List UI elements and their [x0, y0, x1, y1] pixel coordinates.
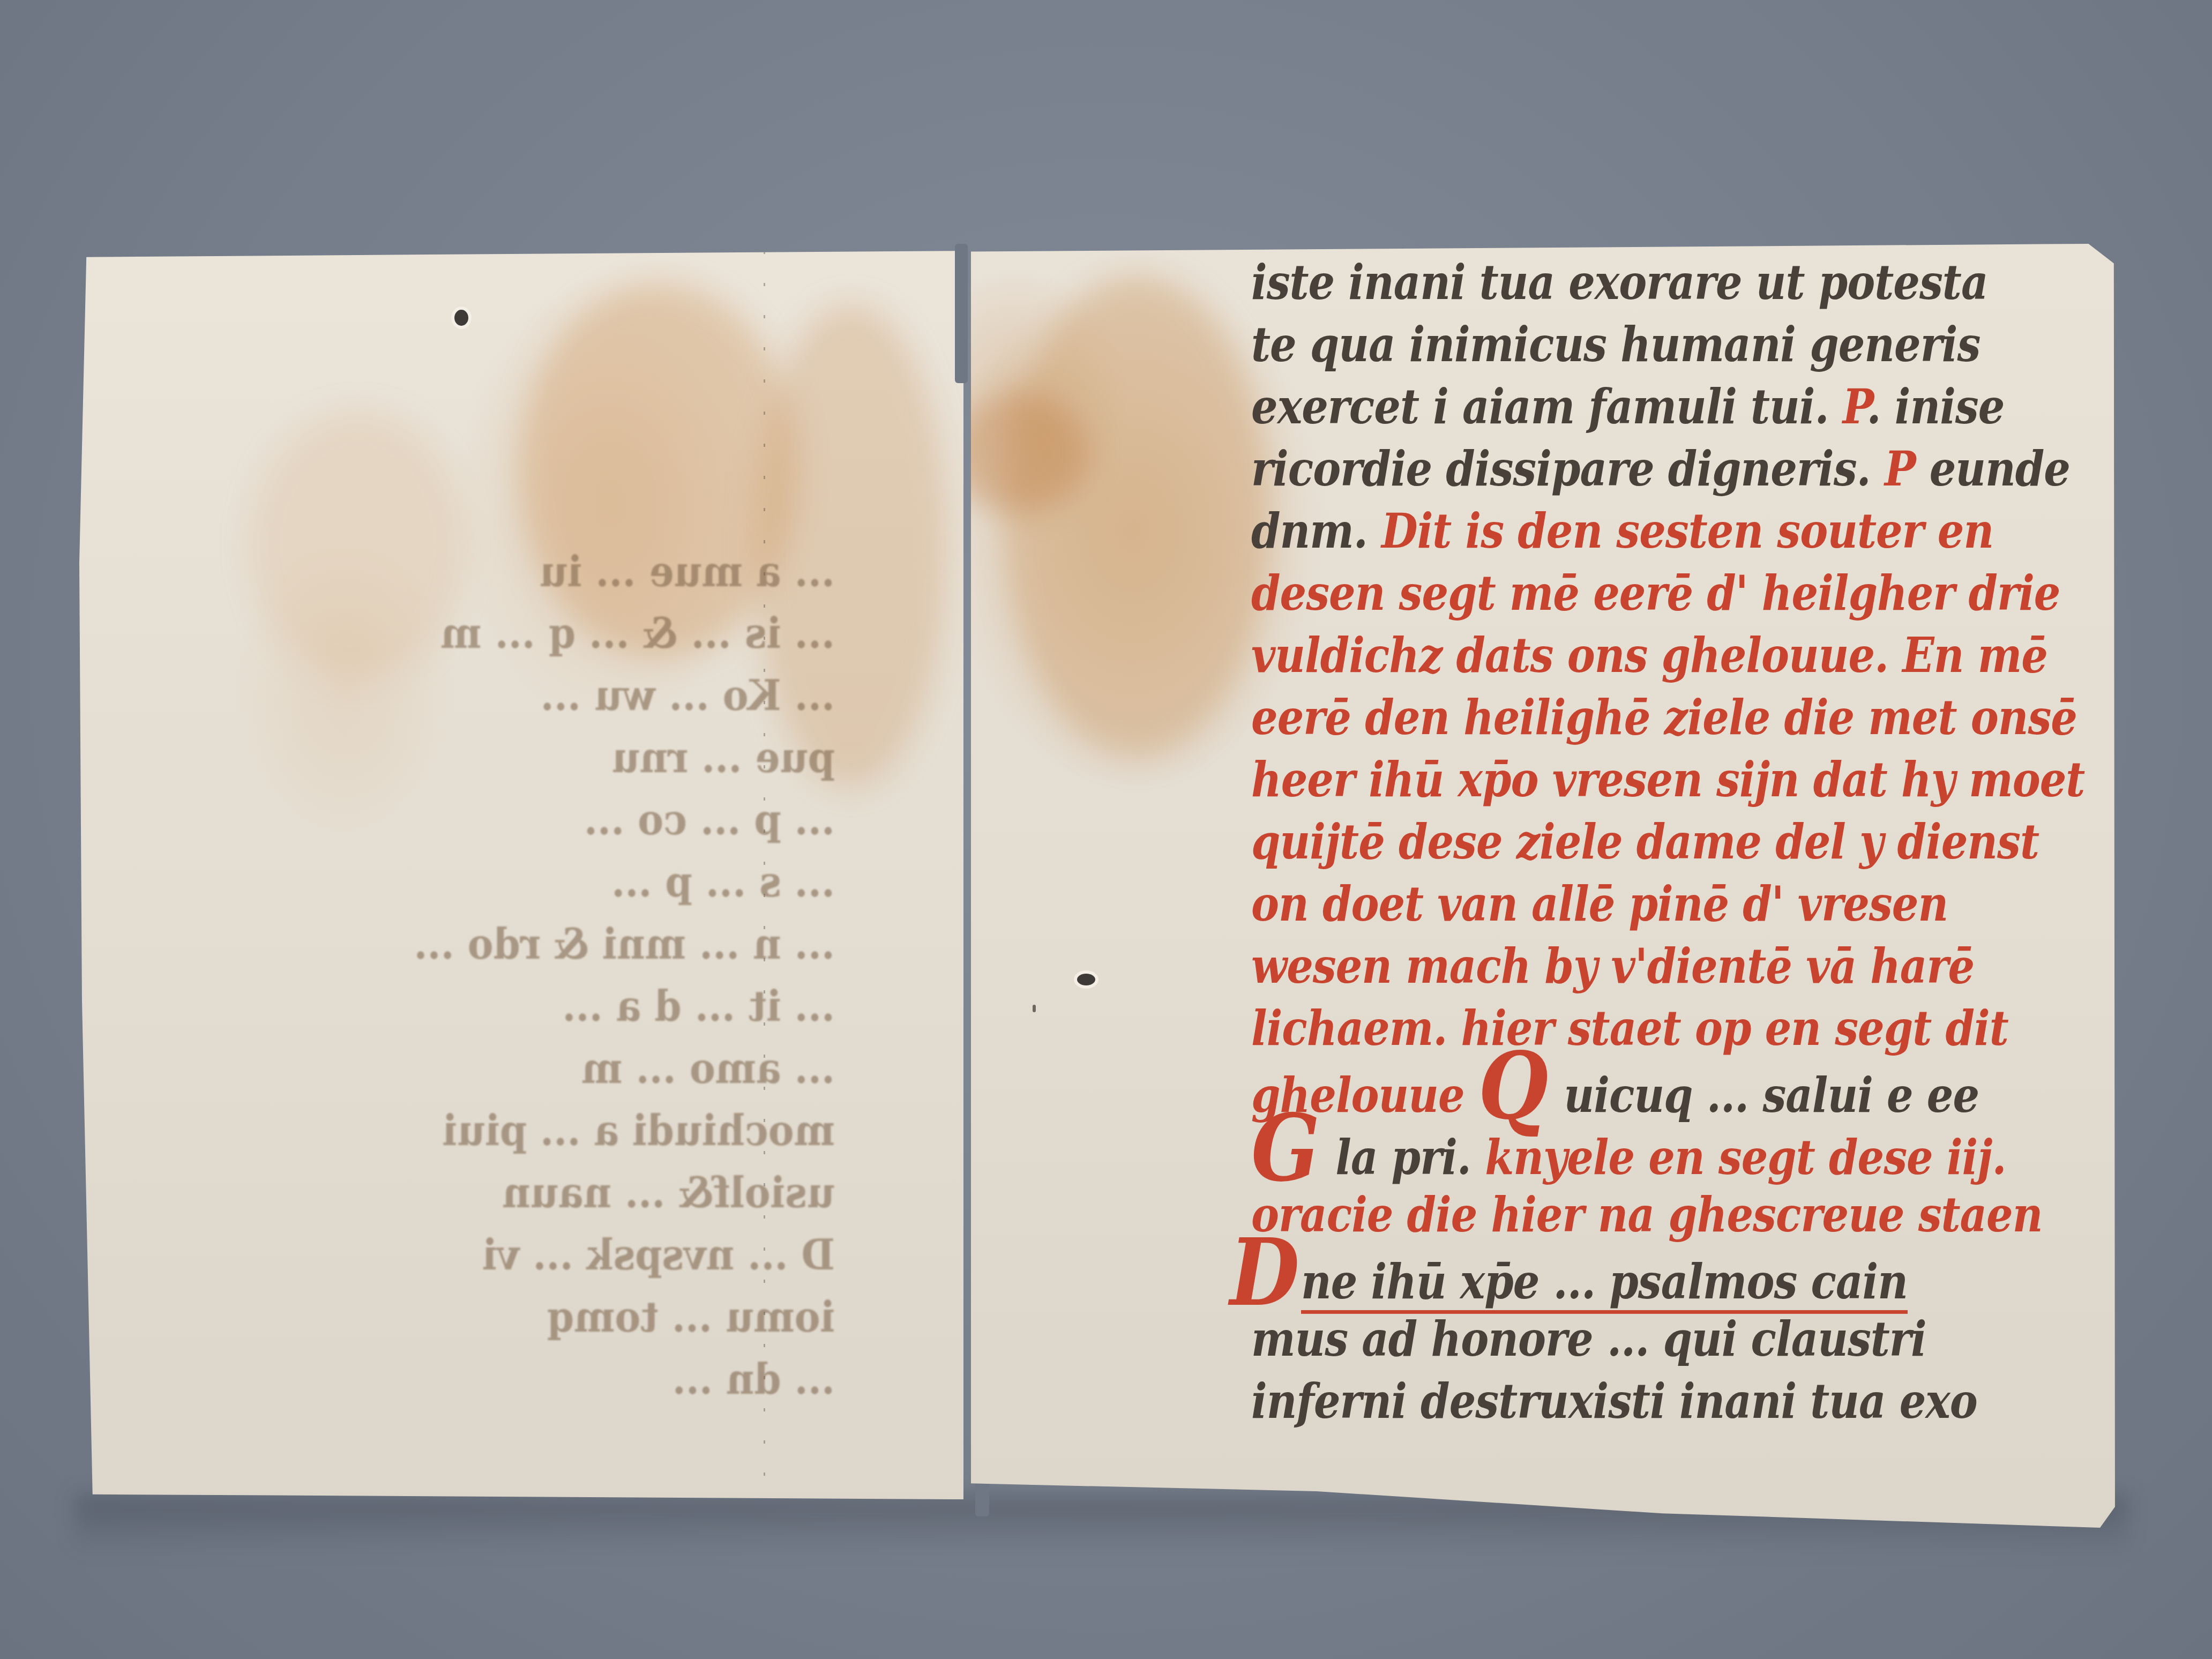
ghost-line: ... dn ...: [85, 1345, 835, 1414]
rubric-line: lichaem. hier staet op en segt dit: [1251, 993, 2119, 1064]
text-line: iste inani tua exorare ut potesta: [1251, 247, 2119, 318]
ghost-line: ... is ... & ... q ... m: [85, 599, 835, 668]
ghost-line: mochiudi a ... piui: [85, 1096, 835, 1165]
text-line: Dne ihū xp̄e ... psalmos cain: [1251, 1242, 2119, 1313]
text-line: ricordie dissipare digneris. P eunde: [1251, 434, 2119, 505]
ghost-line: pue ... rnu: [85, 723, 835, 792]
ghost-line: ... a mue ... iu: [85, 537, 835, 606]
rubric-paragraph-mark: P: [1885, 441, 1916, 497]
pricking-mark: [1033, 1005, 1036, 1012]
rubric-line: desen segt mē eerē d' heilgher drie: [1251, 558, 2119, 629]
rubric-line: oracie die hier na ghescreue staen: [1251, 1179, 2119, 1251]
parchment-hole: [1077, 974, 1095, 985]
manuscript-text-column: iste inani tua exorare ut potesta te qua…: [1251, 252, 2119, 1433]
ghost-line: ... n ... mni & rdo ...: [85, 910, 835, 978]
ghost-line: usiolf& ... naun: [85, 1159, 835, 1227]
ghost-line: D ... nvspsk ... vi: [85, 1221, 835, 1289]
parchment-hole: [454, 310, 468, 326]
ghost-line: ... it ... d a ...: [85, 972, 835, 1041]
rubric-line: quijtē dese ziele dame del y dienst: [1251, 806, 2119, 878]
rubric-line: on doet van allē pinē d' vresen: [1251, 869, 2119, 940]
initial-D: D: [1230, 1242, 1299, 1303]
rubric-line: heer ihū xp̄o vresen sijn dat hy moet: [1251, 744, 2119, 816]
rubric-line: eerē den heilighē ziele die met onsē: [1251, 682, 2119, 753]
ghost-line: iomu ... tomq: [85, 1283, 835, 1351]
ghost-line: ... p ... co ...: [85, 786, 835, 854]
ghost-line: ... amo ... m: [85, 1034, 835, 1103]
rubric-text: Dit is den sesten souter en: [1381, 503, 1993, 559]
bleed-through-text: ... a mue ... iu ... is ... & ... q ... …: [85, 540, 835, 1410]
ghost-line: ... Ko ... wu ...: [85, 661, 835, 730]
left-parchment-leaf: ... a mue ... iu ... is ... & ... q ... …: [79, 251, 963, 1499]
text-line: te qua inimicus humani generis: [1251, 309, 2119, 380]
text-line: dnm. Dit is den sesten souter en: [1251, 496, 2119, 567]
tear-top: [955, 244, 968, 383]
initial-G: G: [1251, 1117, 1319, 1179]
water-stain: [1003, 276, 1271, 758]
rubric-line: vuldichz dats ons ghelouue. En mē: [1251, 620, 2119, 691]
text-line: exercet i aiam famuli tui. P. inise: [1251, 371, 2119, 443]
ghost-line: ... s ... p ...: [85, 848, 835, 916]
text-line: inferni destruxisti inani tua exo: [1251, 1366, 2119, 1437]
text-line: mus ad honore ... qui claustri: [1251, 1304, 2119, 1375]
initial-Q: Q: [1478, 1055, 1548, 1117]
rubric-paragraph-mark: P: [1843, 379, 1867, 435]
text-line: G la pri. knyele en segt dese iij.: [1251, 1117, 2119, 1189]
rubric-line: wesen mach by v'dientē vā harē: [1251, 931, 2119, 1002]
text-line: ghelouue Q uicuq ... salui e ee: [1251, 1055, 2119, 1126]
